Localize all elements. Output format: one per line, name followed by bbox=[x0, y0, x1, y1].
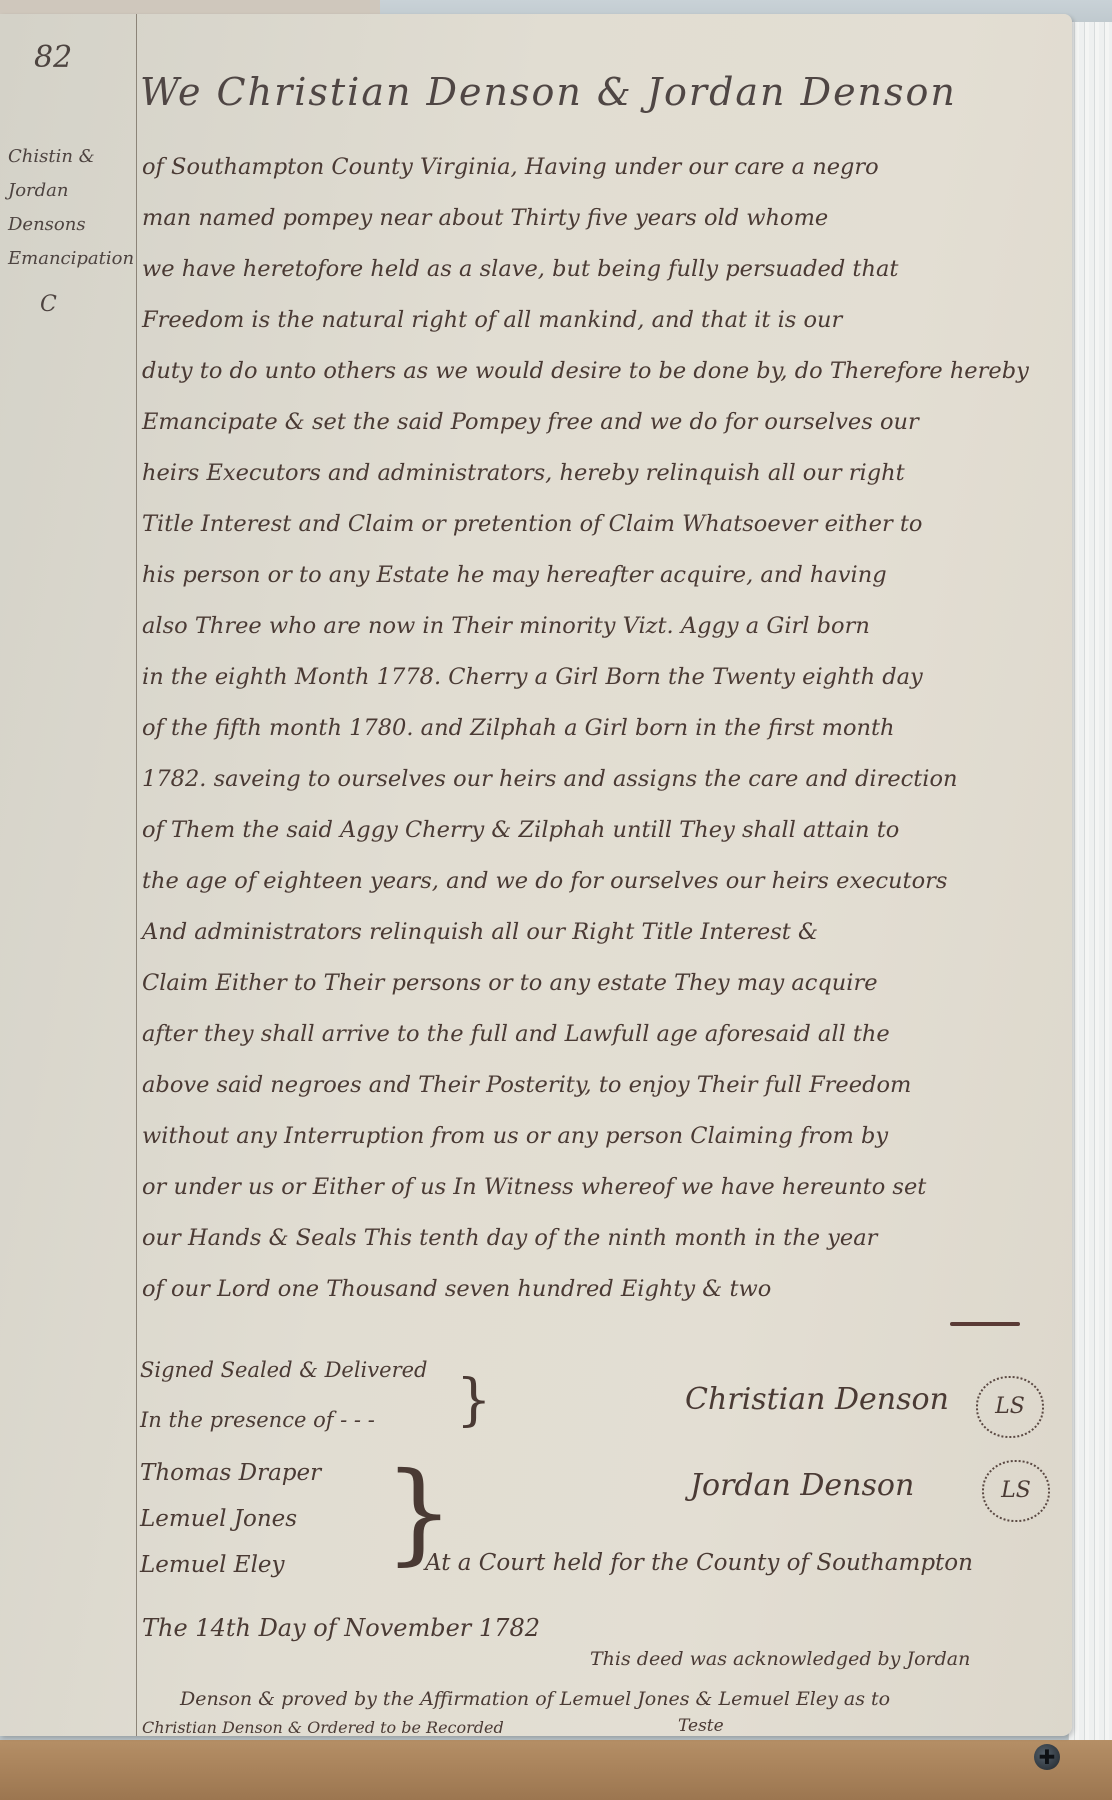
body-line: also Three who are now in Their minority… bbox=[142, 601, 1047, 652]
witness-name: Thomas Draper bbox=[140, 1450, 321, 1496]
body-line: of our Lord one Thousand seven hundred E… bbox=[142, 1264, 1047, 1315]
seal-icon: LS bbox=[976, 1376, 1044, 1438]
wooden-desk bbox=[0, 1740, 1112, 1800]
body-line: after they shall arrive to the full and … bbox=[142, 1009, 1047, 1060]
court-record-line: At a Court held for the County of Southa… bbox=[425, 1550, 973, 1576]
signature-jordan-denson: Jordan Denson bbox=[690, 1468, 914, 1503]
body-line: 1782. saveing to ourselves our heirs and… bbox=[142, 754, 1047, 805]
body-line: of the fifth month 1780. and Zilphah a G… bbox=[142, 703, 1047, 754]
margin-rule bbox=[136, 14, 137, 1736]
body-line: man named pompey near about Thirty five … bbox=[142, 193, 1047, 244]
body-line: Claim Either to Their persons or to any … bbox=[142, 958, 1047, 1009]
marginal-mark: C bbox=[40, 292, 57, 317]
body-line: heirs Executors and administrators, here… bbox=[142, 448, 1047, 499]
body-line: above said negroes and Their Posterity, … bbox=[142, 1060, 1047, 1111]
marginal-note-line: Chistin & bbox=[8, 140, 133, 174]
page-stack-edges bbox=[1068, 22, 1112, 1742]
court-record-teste: Teste bbox=[678, 1716, 724, 1736]
seal-icon: LS bbox=[982, 1460, 1050, 1522]
signature-christian-denson: Christian Denson bbox=[685, 1382, 949, 1417]
body-line: without any Interruption from us or any … bbox=[142, 1111, 1047, 1162]
body-line: our Hands & Seals This tenth day of the … bbox=[142, 1213, 1047, 1264]
witness-name: Lemuel Eley bbox=[140, 1542, 321, 1588]
marginal-note: Chistin & Jordan Densons Emancipation bbox=[8, 140, 133, 276]
marginal-note-line: Densons bbox=[8, 208, 133, 242]
marginal-note-line: Jordan bbox=[8, 174, 133, 208]
body-line: duty to do unto others as we would desir… bbox=[142, 346, 1047, 397]
closing-flourish bbox=[950, 1322, 1020, 1326]
body-line: Title Interest and Claim or pretention o… bbox=[142, 499, 1047, 550]
body-line: or under us or Either of us In Witness w… bbox=[142, 1162, 1047, 1213]
witness-name: Lemuel Jones bbox=[140, 1496, 321, 1542]
body-line: the age of eighteen years, and we do for… bbox=[142, 856, 1047, 907]
marginal-note-line: Emancipation bbox=[8, 242, 133, 276]
court-record-line: This deed was acknowledged by Jordan bbox=[590, 1648, 970, 1670]
body-line: Emancipate & set the said Pompey free an… bbox=[142, 397, 1047, 448]
witness-list: Thomas Draper Lemuel Jones Lemuel Eley bbox=[140, 1450, 321, 1588]
attestation-brace: } bbox=[456, 1368, 492, 1433]
court-record-line: Denson & proved by the Affirmation of Le… bbox=[180, 1688, 890, 1710]
body-line: of Southampton County Virginia, Having u… bbox=[142, 142, 1047, 193]
body-line: And administrators relinquish all our Ri… bbox=[142, 907, 1047, 958]
attestation-line-2: In the presence of - - - bbox=[140, 1408, 375, 1432]
body-line: we have heretofore held as a slave, but … bbox=[142, 244, 1047, 295]
court-record-date: The 14th Day of November 1782 bbox=[142, 1614, 540, 1642]
attestation-line-1: Signed Sealed & Delivered bbox=[140, 1358, 427, 1382]
body-line: Freedom is the natural right of all mank… bbox=[142, 295, 1047, 346]
body-line: his person or to any Estate he may herea… bbox=[142, 550, 1047, 601]
body-line: in the eighth Month 1778. Cherry a Girl … bbox=[142, 652, 1047, 703]
body-line: of Them the said Aggy Cherry & Zilphah u… bbox=[142, 805, 1047, 856]
screw-icon: ✚ bbox=[1034, 1744, 1060, 1770]
deed-body: of Southampton County Virginia, Having u… bbox=[142, 142, 1047, 1315]
folio-number: 82 bbox=[34, 40, 72, 75]
court-record-line: Christian Denson & Ordered to be Recorde… bbox=[142, 1718, 504, 1737]
deed-heading: We Christian Denson & Jordan Denson bbox=[140, 70, 1040, 114]
